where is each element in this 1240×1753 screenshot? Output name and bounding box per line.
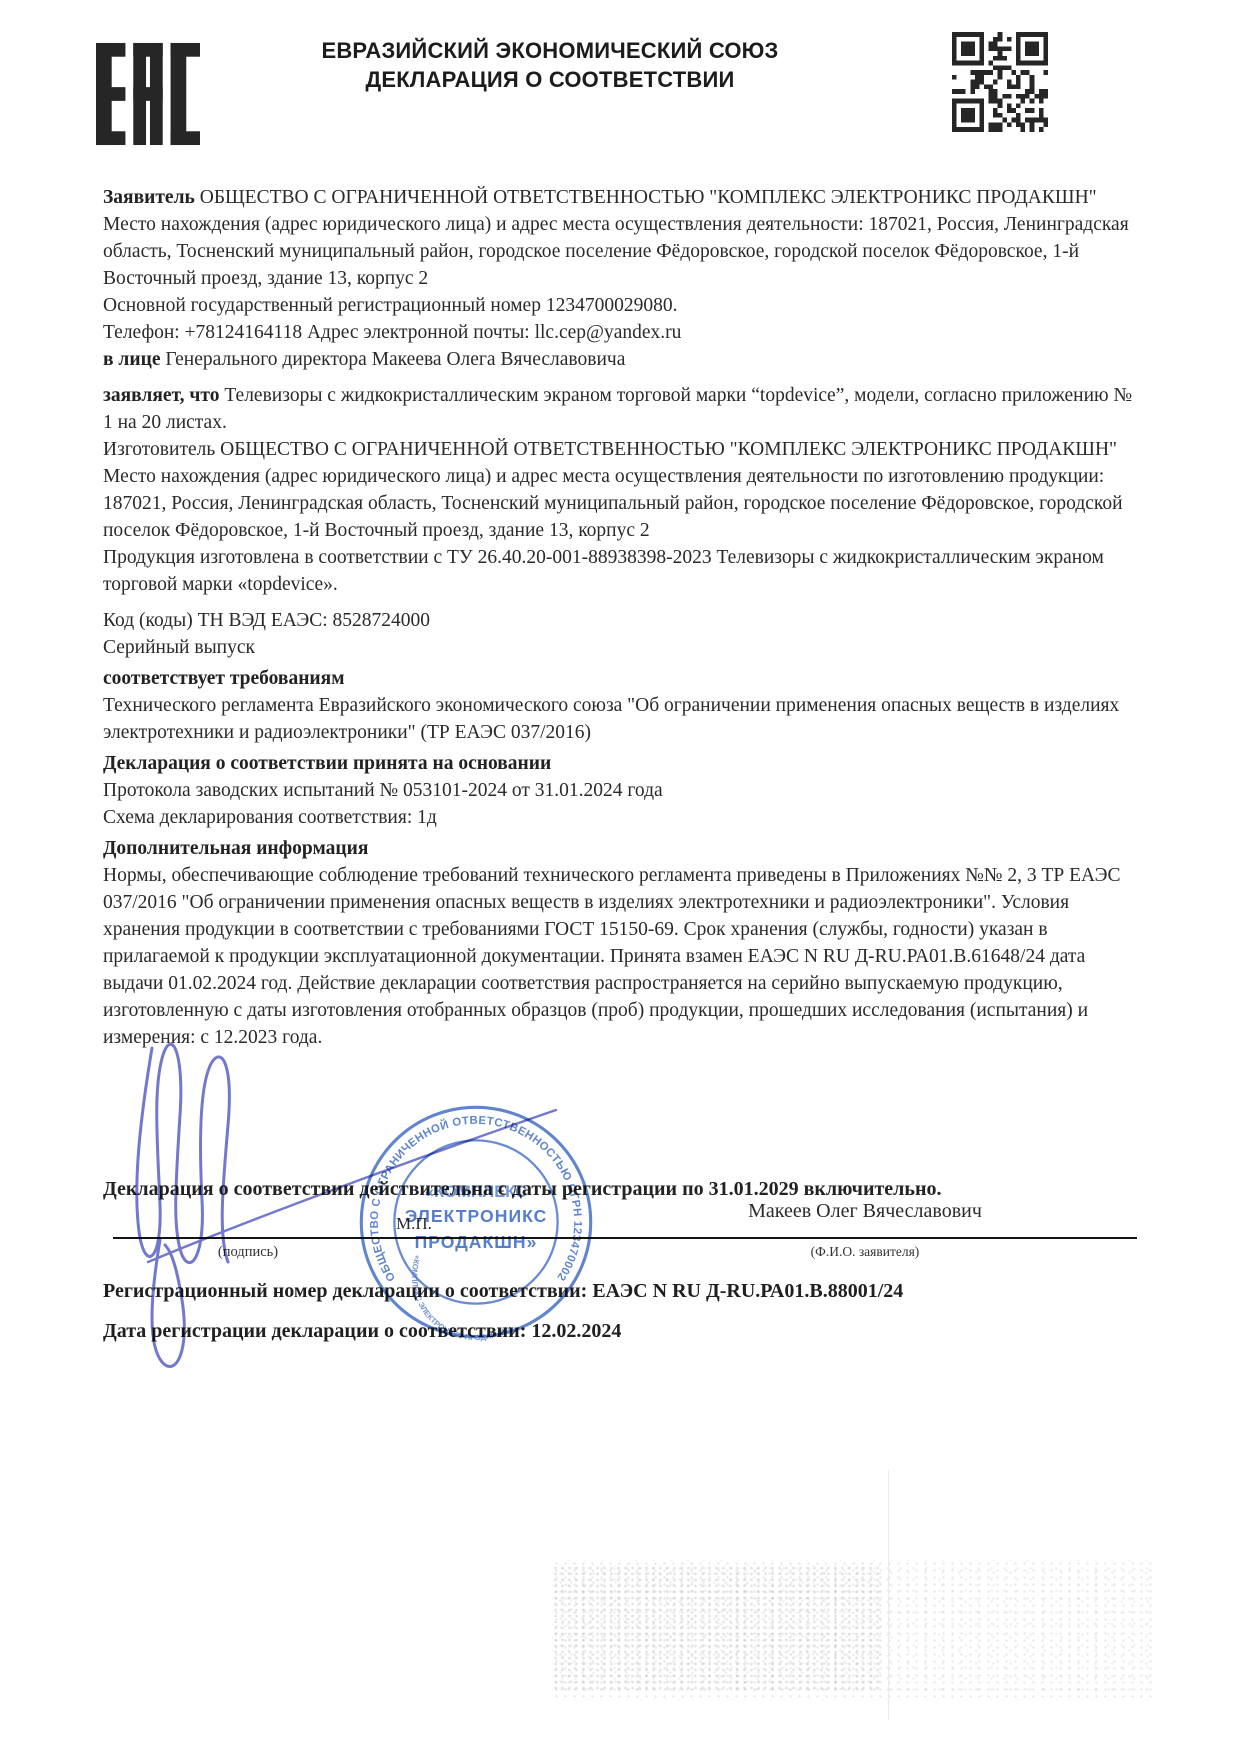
scheme-line: Схема декларирования соответствия: 1д (103, 804, 1143, 831)
document-body: Заявитель ОБЩЕСТВО С ОГРАНИЧЕННОЙ ОТВЕТС… (103, 184, 1143, 1051)
stamp-center-line2: ЭЛЕКТРОНИКС (405, 1206, 548, 1226)
manufacturer-address: Место нахождения (адрес юридического лиц… (103, 463, 1143, 544)
represented-value: Генерального директора Макеева Олега Вяч… (160, 349, 625, 370)
serial-line: Серийный выпуск (103, 634, 1143, 661)
applicant-fio: Макеев Олег Вячеславович (700, 1200, 1030, 1223)
declares-label: заявляет, что (103, 385, 220, 406)
additional-heading: Дополнительная информация (103, 835, 1143, 862)
applicant-paragraph: Заявитель ОБЩЕСТВО С ОГРАНИЧЕННОЙ ОТВЕТС… (103, 184, 1143, 211)
svg-text:«КОМПЛЕКС ЭЛЕКТРОНИКС ПРОДАКШН: «КОМПЛЕКС ЭЛЕКТРОНИКС ПРОДАКШН» (410, 1254, 513, 1342)
basis-heading: Декларация о соответствии принята на осн… (103, 750, 1143, 777)
represented-label: в лице (103, 349, 160, 370)
declaration-document: ЕВРАЗИЙСКИЙ ЭКОНОМИЧЕСКИЙ СОЮЗ ДЕКЛАРАЦИ… (0, 0, 1240, 1753)
applicant-address: Место нахождения (адрес юридического лиц… (103, 211, 1143, 292)
title-line-2: ДЕКЛАРАЦИЯ О СООТВЕТСТВИИ (250, 65, 850, 94)
stamp-center-line1: «КОМПЛЕКС (425, 1182, 527, 1201)
protocol-line: Протокола заводских испытаний № 053101-2… (103, 777, 1143, 804)
ogrn-line: Основной государственный регистрационный… (103, 292, 1143, 319)
additional-text: Нормы, обеспечивающие соблюдение требова… (103, 862, 1143, 1051)
scan-noise-dense (552, 1565, 882, 1690)
company-stamp: ОБЩЕСТВО С ОГРАНИЧЕННОЙ ОТВЕТСТВЕННОСТЬЮ… (352, 1098, 600, 1346)
qr-code (952, 32, 1048, 132)
tu-line: Продукция изготовлена в соответствии с Т… (103, 544, 1143, 598)
applicant-label: Заявитель (103, 187, 195, 208)
represented-by: в лице Генерального директора Макеева Ол… (103, 346, 1143, 373)
stamp-center-line3: ПРОДАКШН» (415, 1232, 538, 1252)
title-line-1: ЕВРАЗИЙСКИЙ ЭКОНОМИЧЕСКИЙ СОЮЗ (250, 36, 850, 65)
phone-line: Телефон: +78124164118 Адрес электронной … (103, 319, 1143, 346)
declares-paragraph: заявляет, что Телевизоры с жидкокристалл… (103, 382, 1143, 436)
declares-value: Телевизоры с жидкокристаллическим экрано… (103, 385, 1132, 433)
paper-crease (888, 1470, 889, 1720)
signature-caption: (подпись) (168, 1244, 328, 1261)
signature-rule (113, 1237, 1137, 1239)
document-title: ЕВРАЗИЙСКИЙ ЭКОНОМИЧЕСКИЙ СОЮЗ ДЕКЛАРАЦИ… (250, 36, 850, 94)
eac-logo (96, 38, 200, 150)
stamp-inner-arc-text: «КОМПЛЕКС ЭЛЕКТРОНИКС ПРОДАКШН» (410, 1254, 513, 1342)
tnved-code-line: Код (коды) ТН ВЭД ЕАЭС: 8528724000 (103, 607, 1143, 634)
complies-heading: соответствует требованиям (103, 665, 1143, 692)
complies-text: Технического регламента Евразийского эко… (103, 692, 1143, 746)
registration-date-line: Дата регистрации декларации о соответств… (103, 1320, 1133, 1343)
fio-caption: (Ф.И.О. заявителя) (700, 1244, 1030, 1260)
manufacturer-line: Изготовитель ОБЩЕСТВО С ОГРАНИЧЕННОЙ ОТВ… (103, 436, 1143, 463)
validity-line: Декларация о соответствии действительна … (103, 1178, 1133, 1201)
applicant-name: ОБЩЕСТВО С ОГРАНИЧЕННОЙ ОТВЕТСТВЕННОСТЬЮ… (195, 187, 1097, 208)
registration-number-line: Регистрационный номер декларации о соотв… (103, 1280, 1133, 1303)
